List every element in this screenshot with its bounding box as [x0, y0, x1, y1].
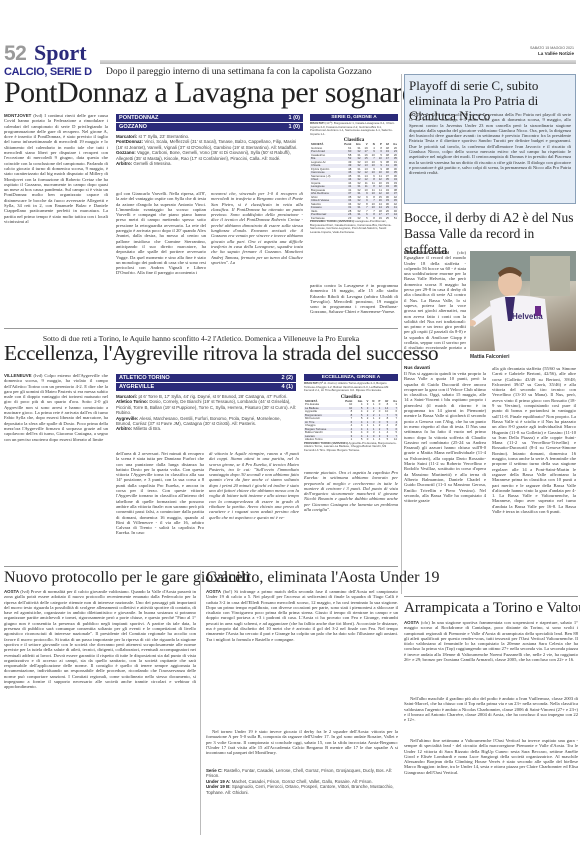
section-title: Sport — [34, 40, 87, 66]
lineup-line: Aygreville: Alessi, Marchesano, Gentili,… — [116, 416, 296, 427]
results-text: RISULTATI (13 ª): Borgosesia-H 1, Casale… — [310, 122, 398, 136]
standings-header: ECCELLENZA, GIRONE A — [304, 374, 398, 381]
lineup-line: Serie C: Rastello, Funtar, Casadei, Lerr… — [206, 768, 398, 779]
eccellenza-headline: Eccellenza, l'Aygreville ritrova la stra… — [4, 341, 398, 366]
playoff-headline: Playoff di serie C, subito eliminata la … — [409, 78, 571, 110]
next-round: PROSSIMO TURNO (16/05/2021) Lavagnese-Po… — [310, 220, 398, 234]
column-divider — [200, 570, 201, 835]
lineup-line: Gozzano: Vagge, Carboni, Bone, Gemelli, … — [116, 150, 303, 161]
standings-table: SOCIETÀPuntiGioVNPGfGs Gozzano6131194848… — [310, 143, 398, 220]
section-divider — [404, 596, 578, 597]
lead-dateline: MONTJOVET — [4, 113, 31, 118]
lineup-line: Atletico Torino: Dosio, Cornely, De Bian… — [116, 399, 296, 415]
newspaper-name: La Vallée Notizie — [538, 51, 574, 56]
standings-table: SOCIETÀPuntiGioVNPGfGs Pro Eureka1043108… — [304, 400, 398, 442]
score-away: 1 (0) — [288, 123, 300, 131]
section-divider — [4, 566, 398, 567]
lineup-line: Under 19 B: Spagnuolo, Cerri, Fierocci, … — [206, 784, 398, 795]
lineup-line: PontDonnaz: Vinci, Scala, Meffezzoli (31… — [116, 139, 303, 150]
calcetto-text: AOSTA (bo!) Si infrange a primo match de… — [206, 589, 398, 729]
standings-header: SERIE D, GIRONE A — [310, 114, 398, 121]
team-away: GOZZANO — [119, 123, 147, 131]
climbing-text: AOSTA (cfo) In una stagione sportiva fra… — [404, 620, 578, 694]
score-row-away: GOZZANO 1 (0) — [116, 123, 303, 131]
bocce-subhead: Nus davanti — [404, 365, 430, 370]
eccellenza-col-2: dell'area di 2 avversari. Nei minuti di … — [116, 451, 204, 563]
header-rule — [100, 60, 576, 64]
lead-col-3: novaresi che, vincendo per 1-0 il recupe… — [211, 191, 303, 321]
lead-col-4: partita contro la Lavagnese è in program… — [310, 283, 398, 323]
standings-serie-d: SERIE D, GIRONE A RISULTATI (13 ª): Borg… — [310, 114, 398, 234]
photo-caption: Mattia Falconieri — [470, 354, 509, 360]
bocce-col-1: PONT-SAINT-MARTIN (cfo) Eguagliare il re… — [404, 250, 466, 350]
section-divider — [4, 328, 398, 329]
column-divider — [401, 74, 402, 594]
lead-col-2: gol con Giancarlo Varvelli. Nella ripres… — [116, 191, 206, 321]
eccellenza-col-4: ramente piaciuto. Ora ci aspetta la capo… — [304, 470, 398, 563]
calcetto-text-2: Nel torneo Under 19 è stato invece gioca… — [206, 729, 398, 767]
playoff-text: AOSTA (lvd) E' durata solo 90 minuti l'a… — [409, 112, 571, 202]
climbing-headline: Arrampicata a Torino e Valtournenche — [404, 600, 580, 617]
climbing-text-3: Nell'ultimo fine settimana a Valtournenc… — [404, 738, 578, 798]
playoff-box: Playoff di serie C, subito eliminata la … — [404, 74, 576, 204]
results-text: RISULTATI (5ª di. ritorno): Atletico Tor… — [304, 382, 398, 393]
score-home: 1 (0) — [288, 114, 300, 122]
team-home: PONTDONNAZ — [119, 114, 158, 122]
issue-date: SABATO 15 MAGGIO 2021 — [530, 46, 574, 50]
lead-byline: (lvd) — [33, 113, 42, 118]
bocce-col-1b: Il Nus si aggancia quindi in vetta propr… — [404, 371, 486, 591]
score-row-home: ATLETICO TORINO2 (2) — [116, 374, 296, 382]
standings-eccellenza: ECCELLENZA, GIRONE A RISULTATI (5ª di. r… — [304, 374, 398, 452]
lineup-line: Arbitro: Milietto di Bra. — [116, 426, 296, 431]
bocce-col-2: alla già decantata staffetta (55/60 su S… — [492, 366, 576, 591]
protocol-text: AOSTA (lvd) Prove di normalità per il ca… — [4, 589, 196, 834]
page-number: 52 — [4, 42, 26, 66]
lead-text-1: I continui rinvii delle gare causa Covid… — [4, 113, 108, 224]
calcetto-headline: Calcetto, eliminata l'Aosta Under 19 — [206, 569, 439, 587]
lead-headline: PontDonnaz a Lavagna per sognare — [4, 76, 415, 110]
match-box-pontdonnaz: PONTDONNAZ 1 (0) GOZZANO 1 (0) Marcatori… — [116, 114, 303, 166]
calcetto-lineups: Serie C: Rastello, Funtar, Casadei, Lerr… — [206, 768, 398, 795]
score-row-home: PONTDONNAZ 1 (0) — [116, 114, 303, 122]
bowler-figure-icon: Helvetia — [470, 251, 576, 351]
eccellenza-col-3: di vittoria le Aquile riempire, ranno a … — [209, 451, 299, 563]
next-round: PROSSIMO TURNO (16/05/2021) Aygreville-P… — [304, 442, 398, 453]
score-row-away: AYGREVILLE4 (1) — [116, 383, 296, 391]
athlete-photo: Helvetia — [470, 251, 576, 351]
match-box-aygreville: ATLETICO TORINO2 (2) AYGREVILLE4 (1) Mar… — [116, 374, 296, 432]
eccellenza-col-1: VILLENEUVE (lvd) Colpo esterno dell'Aygr… — [4, 373, 108, 563]
lead-col-1: MONTJOVET (lvd) I continui rinvii delle … — [4, 113, 108, 321]
climbing-text-2: Nell'albo maschile il gradino più alto d… — [404, 696, 578, 738]
lineup-line: Arbitro: Gemelli di Messina. — [116, 161, 303, 166]
